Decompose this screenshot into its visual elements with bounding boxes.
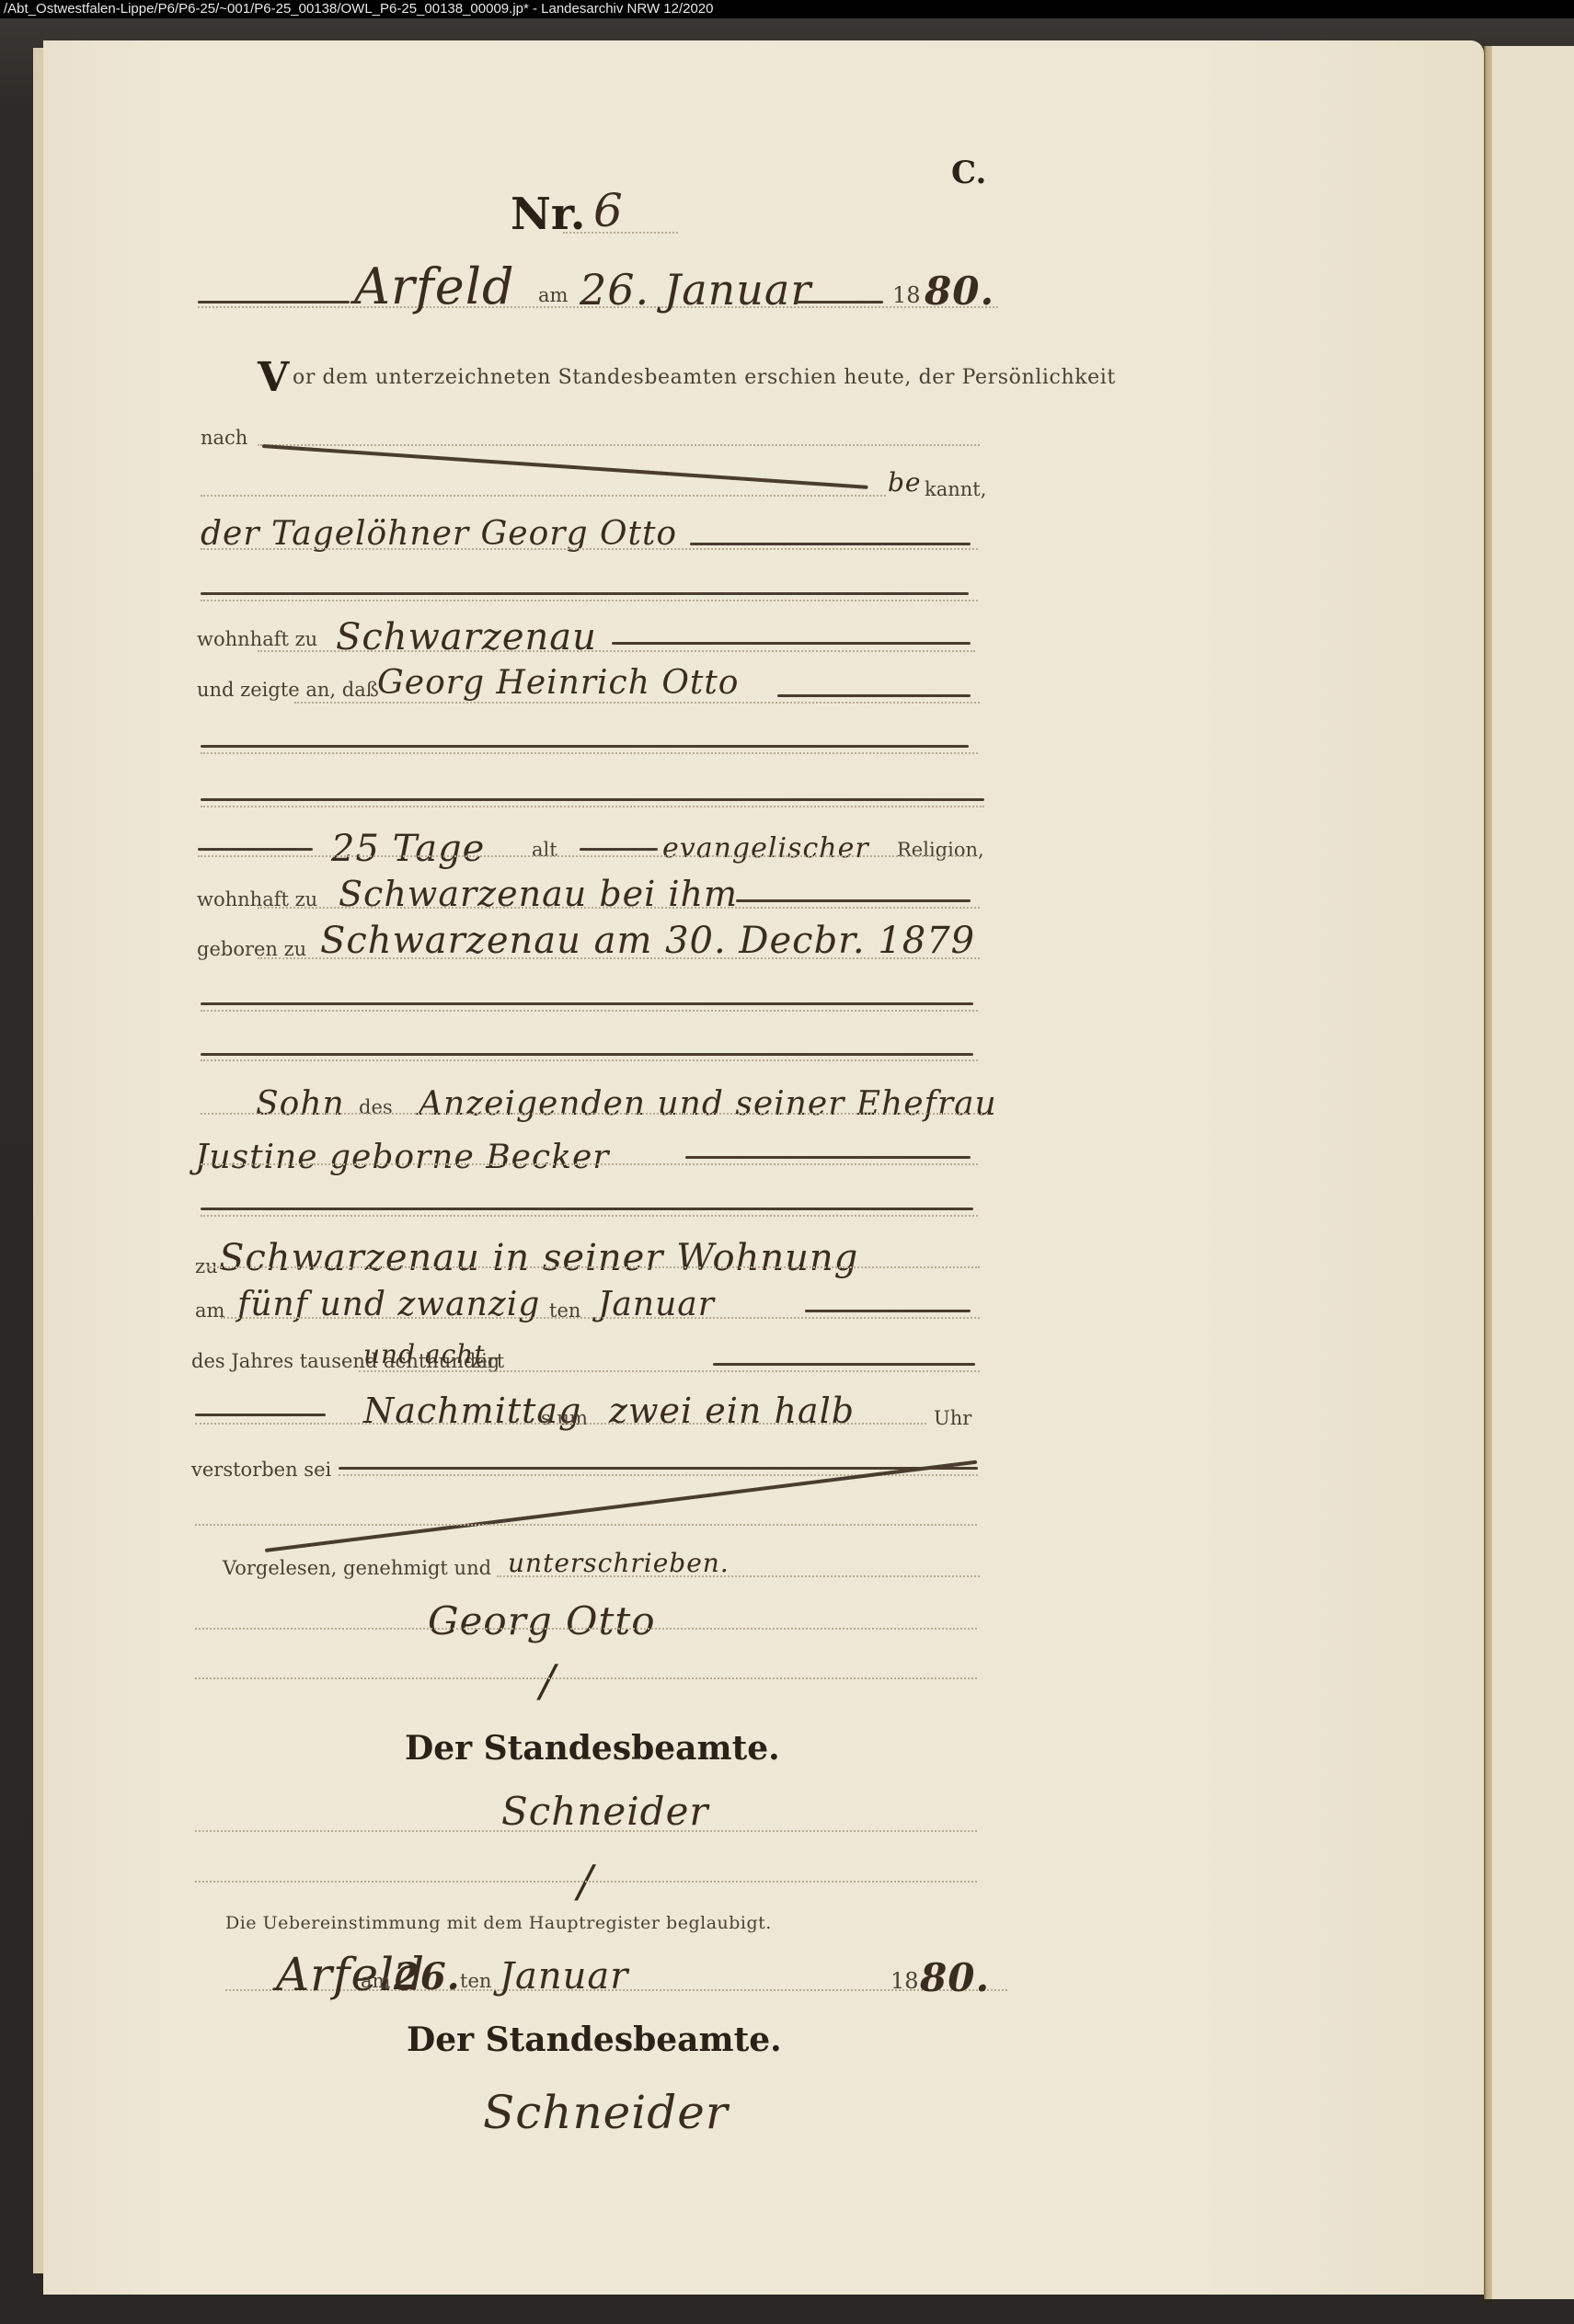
registrar-signature-2: Schneider <box>483 2086 729 2139</box>
cert-day: 26. <box>394 1955 461 1998</box>
alt-label: alt <box>532 839 557 861</box>
religion-value: evangelischer <box>662 832 869 864</box>
jahres-rule <box>713 1363 975 1366</box>
cert-year-suffix: 80. <box>920 1955 990 2000</box>
signature-dotted-line-2 <box>195 1677 977 1679</box>
intro-initial: V <box>258 354 289 401</box>
window-title-bar: /Abt_Ostwestfalen-Lippe/P6/P6-25/~001/P6… <box>0 0 1574 18</box>
geboren-rule-2 <box>201 1002 973 1005</box>
nach-label: nach <box>201 427 247 449</box>
registrar-heading-2: Der Standesbeamte. <box>407 2021 782 2059</box>
wohnhaft-label-1: wohnhaft zu <box>197 628 317 650</box>
zig-label: zig <box>471 1350 500 1372</box>
header-rule-right <box>796 301 883 303</box>
book-gutter <box>1484 46 1492 2299</box>
cert-am: am <box>361 1970 390 1992</box>
parents-sohn: Sohn <box>256 1085 345 1123</box>
age-dotted-line <box>198 855 975 857</box>
blank-dotted-line-2 <box>201 1059 978 1061</box>
cert-year-prefix: 18 <box>890 1968 919 1994</box>
zeigte-label: und zeigte an, daß <box>197 679 379 701</box>
deceased-name: Georg Heinrich Otto <box>377 664 739 702</box>
wohnhaft-rule-2 <box>736 899 971 902</box>
parents-line-2: Justine geborne Becker <box>195 1139 609 1176</box>
informant-dotted-line <box>201 548 978 550</box>
header-year-suffix: 80. <box>925 269 994 314</box>
header-date: 26. Januar <box>580 265 811 315</box>
informant-name: der Tagelöhner Georg Otto <box>201 515 677 553</box>
bekannt-print: kannt, <box>925 478 986 500</box>
registrar-signature-1: Schneider <box>501 1789 709 1834</box>
religion-label: Religion, <box>897 839 984 861</box>
uhr-label: Uhr <box>934 1407 971 1429</box>
parents-des: des <box>359 1096 393 1118</box>
parents-rule-2 <box>685 1156 971 1159</box>
verstorben-rule <box>339 1467 978 1470</box>
window-title: /Abt_Ostwestfalen-Lippe/P6/P6-25/~001/P6… <box>4 1 714 17</box>
intro-text: or dem unterzeichneten Standesbeamten er… <box>293 366 1116 389</box>
signature-dotted-line-1 <box>195 1628 977 1630</box>
header-rule-left <box>198 301 350 303</box>
registrar-dotted-line-1 <box>195 1830 977 1832</box>
deceased-dotted-line <box>294 702 980 704</box>
facing-page <box>1492 46 1574 2299</box>
vorgelesen-dotted-line <box>497 1575 980 1577</box>
age-rule-left <box>198 848 313 851</box>
header-am-label: am <box>538 284 568 306</box>
blank-rule-2 <box>201 1053 973 1056</box>
wohnhaft-value-1: Schwarzenau <box>336 616 597 658</box>
registrar-heading-1: Der Standesbeamte. <box>405 1729 780 1768</box>
header-place: Arfeld <box>354 258 515 315</box>
vorgelesen-hand: unterschrieben. <box>508 1548 730 1578</box>
informant-rule <box>690 543 971 545</box>
verstorben-label: verstorben sei <box>191 1459 331 1481</box>
deceased-rule <box>777 694 971 697</box>
form-letter: C. <box>951 155 986 191</box>
death-year-hand: und acht <box>363 1339 486 1369</box>
geboren-dotted-line <box>258 957 980 959</box>
religion-rule <box>580 848 658 851</box>
record-number: 6 <box>593 184 624 237</box>
blank-dotted-line-1 <box>201 806 984 807</box>
deceased-dotted-line-2 <box>201 752 978 754</box>
cert-month: Januar <box>500 1955 628 1998</box>
informant-signature: Georg Otto <box>428 1598 655 1643</box>
time-rule-left <box>195 1414 326 1416</box>
s-um-label: s um <box>541 1407 588 1429</box>
blank-rule-3 <box>201 1208 973 1210</box>
time-value: zwei ein halb <box>609 1391 855 1431</box>
parents-dotted-line-1 <box>201 1113 982 1115</box>
age-value: 25 Tage <box>331 828 485 870</box>
geboren-dotted-line-2 <box>201 1010 978 1012</box>
wohnhaft-rule-1 <box>612 642 971 645</box>
death-place: Schwarzenau in seiner Wohnung <box>219 1237 858 1279</box>
parents-dotted-line-2 <box>201 1163 978 1165</box>
wohnhaft-dotted-line-2 <box>258 907 980 909</box>
informant-dotted-line-2 <box>201 600 978 601</box>
wohnhaft-dotted-line-1 <box>258 650 975 652</box>
death-month-rule <box>805 1310 971 1312</box>
deceased-rule-2 <box>201 745 969 748</box>
jahres-dotted-line <box>359 1370 980 1372</box>
parents-line-1: Anzeigenden und seiner Ehefrau <box>419 1085 997 1123</box>
death-place-dotted-line <box>207 1266 980 1268</box>
bekannt-dotted-line <box>201 495 886 497</box>
time-dotted-line <box>195 1423 926 1425</box>
blank-rule-1 <box>201 798 984 801</box>
certification-text: Die Uebereinstimmung mit dem Hauptregist… <box>225 1913 772 1933</box>
death-day-dotted-line <box>221 1317 980 1319</box>
geboren-value: Schwarzenau am 30. Decbr. 1879 <box>320 920 975 962</box>
informant-rule-2 <box>201 592 969 595</box>
vorgelesen-label: Vorgelesen, genehmigt und <box>223 1557 491 1579</box>
registrar-dotted-line-2 <box>195 1881 977 1883</box>
nach-dotted-line <box>258 444 980 446</box>
signature-mark-1: / <box>540 1655 556 1707</box>
bekannt-hand: be <box>888 467 922 498</box>
header-year-prefix: 18 <box>892 282 921 308</box>
cert-ten: ten <box>460 1970 491 1992</box>
blank-dotted-line-3 <box>201 1215 978 1217</box>
blank-dotted-line-4 <box>195 1524 977 1526</box>
